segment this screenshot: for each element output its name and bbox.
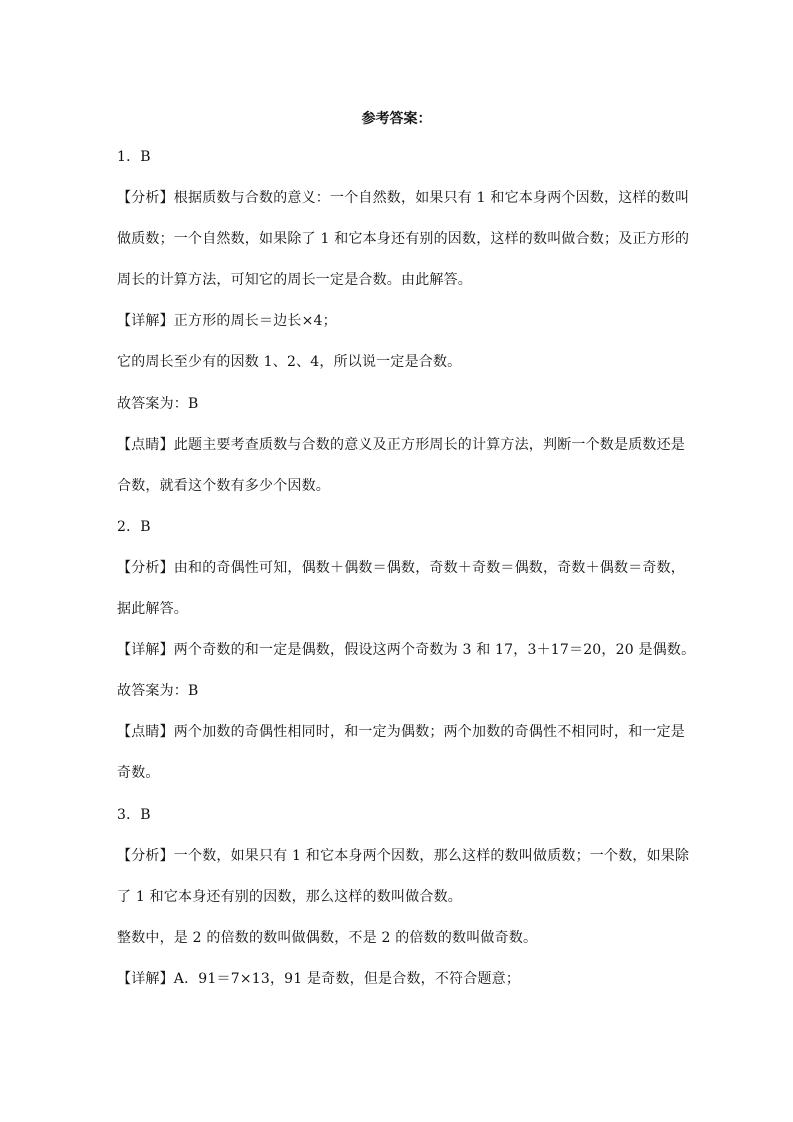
detail-3-line-1: 【详解】A．91＝7×13，91 是奇数，但是合数，不符合题意； [117, 969, 520, 989]
analysis-1-line-1: 【分析】根据质数与合数的意义：一个自然数，如果只有 1 和它本身两个因数，这样的… [117, 188, 689, 208]
answer-1: 故答案为：B [117, 394, 199, 414]
analysis-1-line-2: 做质数；一个自然数，如果除了 1 和它本身还有别的因数，这样的数叫做合数；及正方… [117, 229, 689, 249]
analysis-3-line-2: 了 1 和它本身还有别的因数，那么这样的数叫做合数。 [117, 887, 462, 907]
answer-2: 故答案为：B [117, 681, 199, 701]
analysis-3-line-3: 整数中，是 2 的倍数的数叫做偶数，不是 2 的倍数的数叫做奇数。 [117, 928, 537, 948]
answer-number-3: 3．B [117, 805, 151, 825]
page-title: 参考答案： [0, 108, 793, 128]
analysis-2-line-2: 据此解答。 [117, 599, 188, 619]
analysis-3-line-1: 【分析】一个数，如果只有 1 和它本身两个因数，那么这样的数叫做质数；一个数，如… [117, 846, 689, 866]
answer-number-1: 1．B [117, 147, 151, 167]
comment-1-line-2: 合数，就看这个数有多少个因数。 [117, 476, 330, 496]
answer-number-2: 2．B [117, 517, 151, 537]
detail-1-line-1: 【详解】正方形的周长＝边长×4； [117, 311, 337, 331]
analysis-1-line-3: 周长的计算方法，可知它的周长一定是合数。由此解答。 [117, 270, 472, 290]
analysis-2-line-1: 【分析】由和的奇偶性可知，偶数＋偶数＝偶数，奇数＋奇数＝偶数，奇数＋偶数＝奇数， [117, 558, 685, 578]
detail-1-line-2: 它的周长至少有的因数 1、2、4，所以说一定是合数。 [117, 352, 461, 372]
comment-2-line-1: 【点睛】两个加数的奇偶性相同时，和一定为偶数；两个加数的奇偶性不相同时，和一定是 [117, 722, 685, 742]
comment-2-line-2: 奇数。 [117, 763, 160, 783]
comment-1-line-1: 【点睛】此题主要考查质数与合数的意义及正方形周长的计算方法，判断一个数是质数还是 [117, 435, 685, 455]
detail-2: 【详解】两个奇数的和一定是偶数，假设这两个奇数为 3 和 17，3＋17＝20，… [117, 640, 695, 660]
